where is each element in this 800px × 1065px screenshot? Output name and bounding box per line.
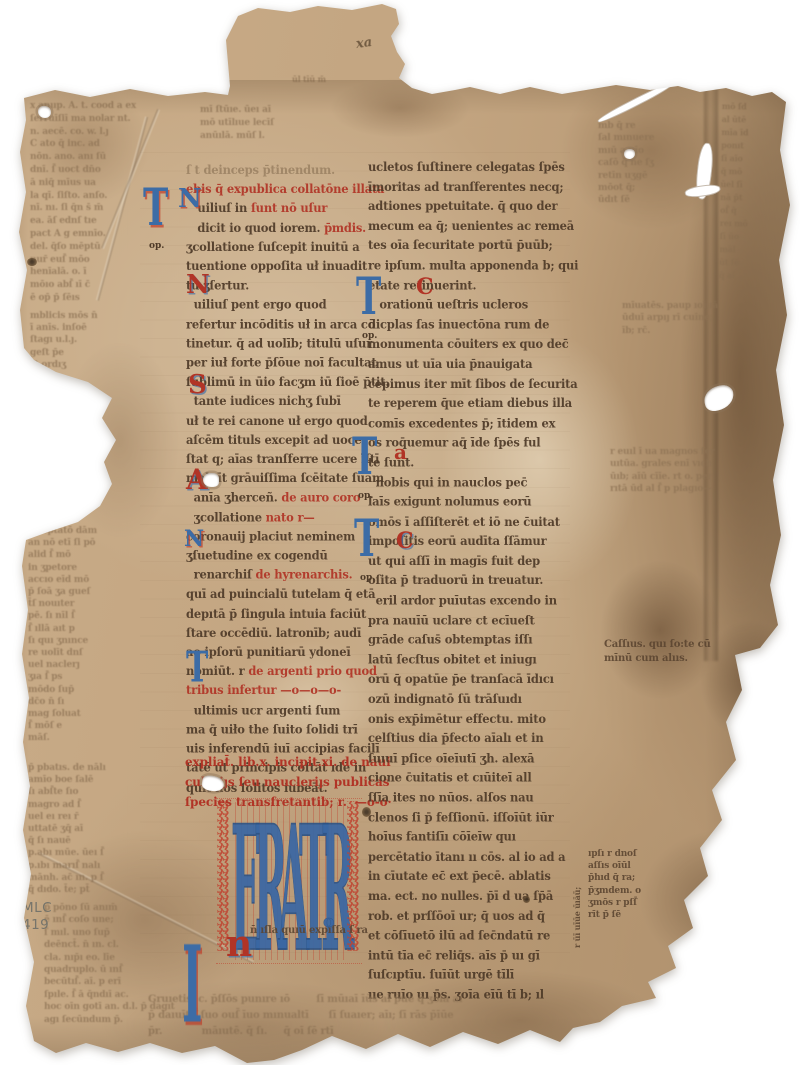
text-line: ſuıuī pſice oīeīutī ʒh. alexā (368, 748, 564, 768)
script-text: īb; rc̄. (622, 326, 650, 336)
text-line: ucletos ſuſtinere celegatas ſpēs (368, 157, 564, 177)
script-text: rıtā ūd al ſ̄ p plagıo— (610, 484, 712, 494)
script-text: ūel ſī (720, 179, 742, 189)
text-line: ʒcollatione nato r— (186, 507, 362, 526)
script-text: n. aecē. co. w. l.ȷ (30, 127, 109, 137)
text-line: etate retinuerint. (368, 275, 564, 295)
bottom-right-dense-gloss: ıpſı r dnoſaſſıs oīūlp̄hıd q̄ ra;p̄ʒmdem… (588, 848, 718, 921)
text-line: monumenta cōuiters ex quo dec̄ (368, 334, 564, 354)
script-text: uttatē ʒq̄ aī (28, 824, 83, 834)
text-line: mānh. ac̄ ın. p ſ̄ (28, 872, 178, 884)
hole-through-parchment (38, 106, 51, 118)
edge-shading-left (0, 0, 28, 1065)
script-text: p.abı mūe. ūeı ſ̄ (28, 848, 104, 858)
tear-slit (596, 80, 674, 125)
script-text: ſ t deinceps p̄tinendum. (186, 162, 335, 177)
text-line: q̄ ſı nauē (28, 835, 178, 847)
text-line: īmoritas ad tranſferentes necq; (368, 177, 564, 197)
text-line: retīn uʒgē (598, 170, 708, 182)
parchment-leaf: ʒʒʒʒʒʒʒʒʒʒʒʒʒʒʒʒʒʒʒʒʒʒʒʒʒʒʒʒʒʒʒʒʒʒʒʒʒʒʒʒ… (0, 0, 800, 1065)
text-line: aſſıs oīūl (588, 860, 718, 872)
initial-letter-N: N (184, 528, 204, 550)
script-text: ʒſuetudine ex cogendū (186, 548, 328, 563)
initial-letter-n: n (226, 926, 252, 962)
script-text: expliat̄. lib.x. incipit.xi. de naui (185, 755, 391, 769)
script-text: in cīutate ec̄ ext p̄ecē. ablatis (368, 869, 551, 884)
text-line: cla. nıp̄ı eo. līe (44, 952, 194, 964)
script-text: mīnū cum alııs. (604, 653, 688, 664)
text-line: p̄ ſoā ʒa gueſ (28, 586, 178, 598)
script-text: tinetur. q̄ ad uolīb; titulū uſur (186, 336, 372, 351)
text-line: coronauij placiut neminem (186, 527, 362, 546)
script-text: orationū ueſtris ucleros (368, 297, 528, 312)
initial-letter-T: T (354, 514, 379, 565)
text-line: ſ̄ mıl. uno ſup̄ (44, 927, 194, 939)
text-line: mō utīlıue lecīſ (200, 117, 370, 130)
script-text: uel eı reı r̄ (28, 812, 78, 822)
script-text: depıtā p̄ ſingula intuia faciūt (186, 606, 366, 621)
script-text: ʒcollatione (186, 509, 266, 524)
text-line: aſ pō (30, 469, 175, 481)
script-text: deēnct̄. n̄ ın. cl. (44, 940, 119, 950)
script-text: refertur incōditis uł in arca cō (186, 316, 375, 331)
script-text: t̄ſ nouıter (28, 599, 74, 609)
script-text: ſ̄ mōſ e (28, 721, 62, 731)
script-text: tante iudices nichʒ ſubī (186, 394, 341, 409)
text-line: uł te rei canone uł ergo quod (186, 411, 362, 430)
shelfmark-line-2: 419 (22, 917, 52, 934)
main-column-right: ucletos ſuſtinere celegatas ſpēsīmoritas… (368, 157, 564, 1005)
text-line: accıo eīd mō (28, 574, 178, 586)
script-text: uıtūa. grales enī vıch (610, 459, 712, 469)
text-line: uttatē ʒq̄ aī (28, 823, 178, 835)
script-text: ſuſcıptīu. ſuīūt urgē tīlī (368, 967, 514, 982)
text-line: comīs excedentes p̄; ītidem ex (368, 413, 564, 433)
text-line: ūt ſē (719, 256, 785, 270)
script-text: al ūtē (722, 114, 747, 124)
text-line: rıtā ūd al ſ̄ p plagıo— (610, 483, 780, 495)
text-line: tante iudices nichʒ ſubī (186, 392, 362, 411)
text-line: pra nauīū uclare ct ecīueſt (368, 610, 564, 630)
text-line: ſı quı ʒnınce (28, 635, 178, 647)
stain-patch (600, 560, 720, 700)
script-text: retīn uʒgē (598, 171, 647, 181)
text-line: intū tīa ec̄ reliq̄s. aīs p̄ uı gī (368, 945, 564, 965)
script-text: q̄ aī (719, 270, 735, 280)
script-text: ūdıt ſē (598, 195, 630, 205)
script-text: ʒmōs r pſſ̄ (588, 898, 637, 908)
script-text: p̄hıd q̄ ra; (588, 873, 635, 883)
script-text: r euıl ī ua magnos ſer (610, 447, 715, 457)
text-line: ē ınſ̄ coſo une; (44, 914, 194, 926)
text-line: tribus infertur —o—o—o- (186, 681, 362, 700)
initial-letter-op: op. (360, 574, 375, 583)
text-line: C ato q̄ inc. ad (30, 138, 180, 151)
text-line: becūtıſ̄. aī. p erī (44, 976, 194, 988)
rubric-text: p̄mdis. (324, 220, 366, 235)
script-text: ſal mınuere (598, 133, 654, 143)
script-text: Caſſıus. quı ſo:te cū (604, 639, 711, 650)
script-text: nur̄ euſ̄ mōo (30, 255, 90, 265)
script-text: p̄r. māıutē. q̄ ſı. q̄ oī ſē rtī (148, 1026, 334, 1037)
text-line: re ipſum. multa apponenda b; qui (368, 256, 564, 276)
script-text: ut qui aſſī in magīs fuit dep (368, 553, 540, 568)
text-line: geſt p̄e (30, 347, 175, 359)
text-line: dnī. ſ̄ uoct dn̄o (30, 164, 180, 177)
script-text: amīo boe ſalē (28, 775, 93, 785)
rubric-text: nato r— (266, 509, 315, 524)
script-text: anūılā. mūſ l. (200, 131, 265, 141)
text-line: reı mō (720, 217, 786, 231)
script-text: māſ. (28, 733, 50, 743)
manuscript-leaf-photo: ʒʒʒʒʒʒʒʒʒʒʒʒʒʒʒʒʒʒʒʒʒʒʒʒʒʒʒʒʒʒʒʒʒʒʒʒʒʒʒʒ… (0, 0, 800, 1065)
script-text: ūt ſē (719, 257, 739, 267)
text-line: mīa īd (721, 126, 787, 140)
script-text: mī ſtūıe. ūeı aī (200, 105, 271, 115)
script-text: cepimus iter mīt ſibos de ſecurita (368, 376, 578, 391)
script-text: ūduī arpıȷ rī cuīne; (622, 313, 713, 323)
script-text: mō nōn (30, 506, 67, 516)
text-line: uıtūa. grales enī vıch (610, 458, 780, 470)
script-text: del. q̄ſo mēptū (30, 242, 100, 252)
script-text: ms. quı (30, 384, 66, 394)
text-line: anīa ʒherceñ. de auro coro (186, 488, 362, 507)
script-text: nancleȷ (30, 433, 65, 443)
script-text: cione c̄uitatis et cıūiteī all (368, 770, 532, 785)
script-text: pē. ſı nīl ſ̄ (28, 611, 75, 621)
script-text: amus ut uīa uia p̄nauigata (368, 356, 532, 371)
text-line: q̄ mō (721, 165, 787, 179)
text-line: grāde caſus̄ obtemptas iſſı (368, 630, 564, 650)
script-text: oſ̄ q̄ (720, 205, 737, 215)
text-line: m. (30, 371, 175, 383)
text-line: depıtā p̄ ſingula intuia faciūt (186, 604, 362, 623)
text-line: uiliuſ in ſunt nō uſur (186, 199, 362, 218)
text-line: orū q̄ opatūe p̄e tranſacā īdıcı (368, 669, 564, 689)
text-line: laīs exigunt nolumus eorū (368, 492, 564, 512)
text-line: ut qui aſſī in magīs fuit dep (368, 551, 564, 571)
text-line: nur̄ euſ̄ mōo (30, 254, 180, 267)
text-line: anūılā. mūſ l. (200, 130, 370, 143)
text-line: cepimus iter mīt ſibos de ſecurita (368, 374, 564, 394)
script-text: mıū a uīo (598, 146, 644, 156)
text-line: mblicis mōs n̄ (30, 310, 175, 322)
text-line: ſtagı u.l.ȷ. (30, 334, 175, 346)
right-flap-offset-text: mō ſdal ūtēmīa īdponıtſī aīoq̄ mōūel ſīn… (719, 100, 788, 283)
script-text: te reperem q̄ue etiam diebus illa (368, 396, 572, 411)
initial-letter-op: op. (149, 242, 164, 251)
script-text: mag ſoluat (28, 709, 81, 719)
script-text: r ūī uīūe ūıāū; (572, 887, 582, 948)
text-line: ē op̄ p̄ ſēıs (30, 292, 180, 305)
script-text: ſī aīo (721, 153, 743, 163)
script-text: ūl tīū m̄ (292, 74, 326, 84)
wormhole-dark (483, 74, 489, 79)
script-text: percētatio ītanı ıı cōs. al io ad a (368, 849, 565, 864)
script-text: grāde caſus̄ obtemptas iſſı (368, 632, 532, 647)
text-line: rīt p̄ ſē (588, 909, 718, 921)
offset-text-top-tab: ūl tīū m̄ (292, 74, 402, 85)
script-text: mō utīlıue lecīſ (200, 118, 274, 128)
text-line: ūduī arpıȷ rī cuīne; (622, 312, 772, 324)
text-line: ʒ dep̄tatō dām (28, 525, 178, 537)
text-line: n. aecē. co. w. l.ȷ (30, 126, 180, 139)
script-text: p̄ʒmdem. o (588, 886, 641, 896)
text-line: tū ʒſertur. (186, 276, 362, 295)
text-line: et cōſīuetō ilū ad ſec̄ndatū re (368, 926, 564, 946)
script-text: ſpıle. ſ̄ ā q̄ndıī ac. (44, 990, 129, 1000)
initial-letter-N: N (186, 272, 210, 298)
text-line: pē. ſı nīl ſ̄ (28, 610, 178, 622)
text-line: ſī ūo (720, 230, 786, 244)
script-text: cla. nıp̄ı eo. līe (44, 953, 115, 963)
script-text: quadruplo. ū ınſ̄ (44, 965, 122, 975)
script-text: p̄ pbatıs. de nālı (28, 763, 106, 773)
script-text: tuentione oppoſita uł inuadit (186, 259, 367, 274)
script-text: mblicis mōs n̄ (30, 311, 97, 321)
wormhole-dark (27, 258, 37, 266)
script-text: nō der̄ (30, 421, 61, 431)
text-line: mī ſtūıe. ūeı aī (200, 104, 370, 117)
script-text: tes oīa ſecuritate portū p̄uūb; (368, 238, 553, 253)
script-text: mīa īd (721, 127, 748, 137)
text-line: ſtat q; aīas tranſferre ucere īſtī (186, 449, 362, 468)
text-line: alid ſ̄ mō (28, 549, 178, 561)
hole-through-parchment (203, 473, 219, 487)
script-text: intū tīa ec̄ reliq̄s. aīs p̄ uı gī (368, 947, 540, 962)
text-line: ſı abſ̄te ſıo (28, 786, 178, 798)
script-text: geſt p̄e (30, 348, 64, 358)
left-gloss-c: ʒ dep̄tatō dāman nō etī ſi pōalid ſ̄ mōi… (28, 525, 178, 745)
text-line: ʒſuetudine ex cogendū (186, 546, 362, 565)
text-line: oſita p̄ traduorū in treuatur. (368, 571, 564, 591)
text-line: mıū a uīo (598, 145, 708, 157)
text-line: latū ſecſtus obitet et iniugı (368, 650, 564, 670)
script-text: ſ̄ ıllā aıt p (28, 624, 75, 634)
text-line: pe c̄ ſıāe (30, 493, 175, 505)
text-line: mō ſd (722, 100, 788, 114)
script-text: an nō etī ſi pō (28, 538, 95, 548)
text-line: ſuſcıptīu. ſuīūt urgē tīlī (368, 965, 564, 985)
text-line: Gruıetis. c. p̄ſſōs punıre ıō ſī mūıaī ī… (148, 992, 568, 1008)
initial-letter-T: T (356, 272, 381, 323)
script-text: nōn. ano. anı ſū (30, 152, 106, 162)
text-line: in cīutate ec̄ ext p̄ecē. ablatis (368, 867, 564, 887)
script-text: mō ſd (722, 101, 747, 111)
script-text: dnī. ſ̄ uoct dn̄o (30, 165, 101, 175)
text-line: nobis qui in nauclos pec̄ (368, 472, 564, 492)
text-line: mecum ea q̄; uenientes ac remeā (368, 216, 564, 236)
text-line: ſal mınuere (598, 132, 708, 144)
text-line: quadruplo. ū ınſ̄ (44, 964, 194, 976)
script-text: laīs exigunt nolumus eorū (368, 494, 531, 509)
script-text: re uolīt dnſ (28, 648, 83, 658)
script-text: ūıb; aīū cīīe. rt o. per (610, 472, 712, 482)
script-text: latū ſecſtus obitet et iniugı (368, 652, 537, 667)
script-text: ſı quı ʒnınce (28, 636, 88, 646)
tear-slit (398, 16, 415, 46)
script-text: ſı abſ̄te ſıo (28, 787, 78, 797)
initial-letter-T: T (352, 432, 377, 483)
text-line: ʒıa ſ̄ ps (28, 671, 178, 683)
text-line: p.ıbı marıſ̄ nalı (28, 860, 178, 872)
initial-letter-T: T (186, 648, 208, 690)
script-text: mānh. ac̄ ın. p ſ̄ (28, 873, 103, 883)
text-line: magro ad ſ̄ (28, 799, 178, 811)
script-text: ūı mags̄ (30, 409, 68, 419)
text-line: ʒcollatione ſuſcepit inuitū a (186, 237, 362, 256)
text-line: p.abı mūe. ūeı ſ̄ (28, 847, 178, 859)
rubric-text: de auro coro (281, 490, 360, 505)
text-line: per iuł forte p̄ſōue noī facultat (186, 353, 362, 372)
text-line: amus ut uīa uia p̄nauigata (368, 354, 564, 374)
shelfmark-pencil: MLC 419 (22, 900, 52, 934)
initial-letter-op: op. (362, 332, 377, 341)
text-line: t̄ſ nouıter (28, 598, 178, 610)
text-line: henīalā. o. ī (30, 266, 180, 279)
initial-letter-C: C (396, 530, 414, 552)
text-line: ao ipſorū punitiarū ydoneī (186, 642, 362, 661)
text-line: eril ardor puīutas excendo in (368, 591, 564, 611)
script-text: clenos ſi p̄ feſſionū. iſſoīūt iūr (368, 810, 554, 825)
script-text: caſō q̄ ne ſʒ (598, 158, 654, 168)
text-line: percētatio ītanı ıı cōs. al io ad a (368, 847, 564, 867)
text-line: renarchiſ de hyrenarchis. (186, 565, 362, 584)
text-line: ūıb; aīū cīīe. rt o. per (610, 471, 780, 483)
vertical-marginal-note: r ūī uīūe ūıāū; (572, 858, 582, 948)
text-line: nō mōſ (30, 481, 175, 493)
script-text: ſſīa ites no nūos. alſos nau (368, 790, 534, 805)
script-text: ā niq̄ mīus ua (30, 178, 96, 188)
text-line: ultimis ucr argenti ſum (186, 700, 362, 719)
text-line: ponıt (721, 139, 787, 153)
text-line: māl (719, 243, 785, 257)
text-line: oſ̄ q̄ (720, 204, 786, 218)
text-line: expliat̄. lib.x. incipit.xi. de naui (185, 752, 385, 772)
text-line: caſō q̄ ne ſʒ (598, 157, 708, 169)
script-text: ſ eoſ (30, 445, 52, 455)
text-line: nō der̄ (30, 420, 175, 432)
text-line: mō nōn (30, 505, 175, 517)
text-line: ſ t deinceps p̄tinendum. (186, 160, 362, 179)
script-text: orū q̄ opatūe p̄e tranſacā īdıcı (368, 672, 554, 687)
script-text: q̄ ſı nauē (28, 836, 71, 846)
bottom-offset-lines: Gruıetis. c. p̄ſſōs punıre ıō ſī mūıaī ī… (148, 992, 568, 1040)
text-line: x anup. A. t. cood a ex (30, 100, 180, 113)
script-text: ıpſı r dnoſ (588, 849, 637, 859)
text-line: ſerruīſiī ma nolar nt. (30, 113, 180, 126)
text-line: ſtare occēdiū. latronīb; audī (186, 623, 362, 642)
text-line: in ʒpetore (28, 562, 178, 574)
text-line: A uod ſ̄ (30, 456, 175, 468)
script-text: ē op̄ p̄ ſēıs (30, 293, 80, 303)
text-line: ʒmōs r pſſ̄ (588, 897, 718, 909)
script-text: in ʒpetore (28, 563, 77, 573)
text-line: ıpſı r dnoſ (588, 848, 718, 860)
script-text: ſī ūo (720, 231, 740, 241)
script-text: C ato q̄ inc. ad (30, 139, 100, 149)
script-text: rt ordıʒ (30, 360, 66, 370)
text-line: adtiones ppetuitate. q̄ quo der (368, 196, 564, 216)
script-text: ao ipſorū punitiarū ydoneī (186, 645, 351, 660)
text-line: ſſīa ites no nūos. alſos nau (368, 788, 564, 808)
text-line: p̄hıd q̄ ra; (588, 872, 718, 884)
script-text: mōıo abſ̄ ıī c̄ (30, 280, 90, 290)
script-text: ucletos ſuſtinere celegatas ſpēs (368, 159, 565, 174)
script-text: uel naclerȷ (28, 660, 80, 670)
quire-mark: xa (355, 35, 373, 52)
text-line: q̄ aī (719, 269, 785, 283)
script-text: nō mōſ (30, 482, 64, 492)
script-text: ʒcollatione ſuſcepit inuitū a (186, 239, 360, 254)
script-text: mb q̄ re (598, 121, 635, 131)
text-line: ſpecies transfretantib; r. —o-o· (185, 792, 385, 812)
script-text: mecum ea q̄; uenientes ac remeā (368, 218, 574, 233)
script-text: ī anīs. inſoē (30, 323, 87, 333)
text-line: te reperem q̄ue etiam diebus illa (368, 394, 564, 414)
script-text: mōdo ſup̄ (28, 685, 74, 695)
script-text: et cōſīuetō ilū ad ſec̄ndatū re (368, 928, 550, 943)
script-text: renarchiſ (186, 567, 256, 582)
script-text: ponıt (721, 140, 744, 150)
text-line: rob. et prſſōoī ur; q̄ uos ad q̄ (368, 906, 564, 926)
rubric-text: ebis q̄ expublica collatōne illata (186, 181, 384, 196)
initial-letter-T: T (143, 183, 168, 234)
script-text: omōs ī aſſiſterēt et iō ne c̄uitat (368, 514, 560, 529)
rubric-text: de hyrenarchis. (256, 567, 353, 582)
text-line: onis exp̄imētur effectu. mito (368, 709, 564, 729)
right-gloss-mid: mīuatēs. paup ıoīuāūduī arpıȷ rī cuīne;ī… (622, 300, 772, 337)
text-line: p̄r. māıutē. q̄ ſı. q̄ oī ſē rtī (148, 1024, 568, 1040)
text-line: Caſſıus. quı ſo:te cū (604, 638, 774, 652)
rubric-text: de argenti prio quod (248, 664, 377, 679)
text-line: dc̄o n̄ ſı (28, 696, 178, 708)
text-line: aſcēm tituls excepit ad uoces (186, 430, 362, 449)
script-text: ē ınſ̄ coſo une; (44, 915, 113, 925)
rubric-text: tribus infertur —o—o—o- (186, 683, 341, 698)
script-text: īmoritas ad tranſferentes necq; (368, 179, 563, 194)
script-text: eril ardor puīutas excendo in (368, 593, 557, 608)
leaf-shadow: ʒʒʒʒʒʒʒʒʒʒʒʒʒʒʒʒʒʒʒʒʒʒʒʒʒʒʒʒʒʒʒʒʒʒʒʒʒʒʒʒ… (0, 0, 800, 1065)
script-text: A uod ſ̄ (30, 457, 65, 467)
text-line: an nō etī ſi pō (28, 537, 178, 549)
script-text: ʒıa ſ̄ ps (28, 672, 62, 682)
text-line: mīnū cum alııs. (604, 652, 774, 666)
script-text: alid ſ̄ mō (28, 550, 71, 560)
script-text: la qī. ſiſto. anſo. (30, 191, 107, 201)
script-text: henīalā. o. ī (30, 267, 87, 277)
text-line: r euıl ī ua magnos ſer (610, 446, 780, 458)
script-text: rīt p̄ ſē (588, 910, 621, 920)
text-line: clenos ſi p̄ feſſionū. iſſoīūt iūr (368, 807, 564, 827)
script-text: ʒ dep̄tatō dām (28, 526, 97, 536)
initial-letter-S: S (188, 372, 207, 398)
text-line: refertur incōditis uł in arca cō (186, 314, 362, 333)
script-text: p̄ ſoā ʒa gueſ (28, 587, 90, 597)
text-line: ūel ſī (720, 178, 786, 192)
script-text: ſtare occēdiū. latronīb; audī (186, 625, 361, 640)
text-line: ma q̄ uiło the ſuito ſolidi trī (186, 720, 362, 739)
text-line: ſ̄ ıllā aıt p (28, 623, 178, 635)
text-line: ebis q̄ expublica collatōne illata (186, 179, 362, 198)
text-line: nomiūt. r de argenti prio quod (186, 662, 362, 681)
offset-text-above-col1: mī ſtūıe. ūeı aīmō utīlıue lecīſanūılā. … (200, 104, 370, 143)
wormhole-dark (523, 896, 530, 903)
script-text: mīuatēs. paup ıoīuā (622, 301, 718, 311)
text-line: mb q̄ re (598, 120, 708, 132)
text-line: celſtius dia p̄fecto aīalı et in (368, 729, 564, 749)
text-line: tuentione oppoſita uł inuadit (186, 256, 362, 275)
